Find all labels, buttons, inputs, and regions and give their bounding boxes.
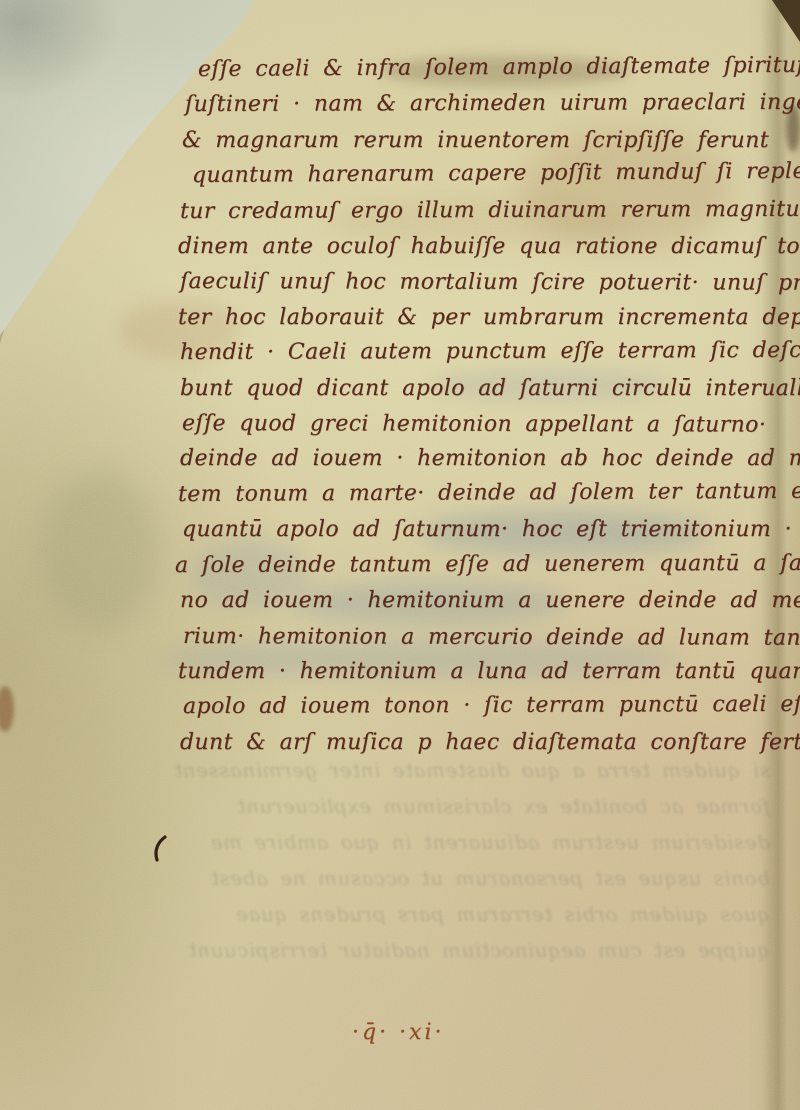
manuscript-line: ſuſtineri · nam & archimeden uirum praec… [185,85,800,123]
manuscript-page: eſſe caeli & infra ſolem amplo diaſtemat… [0,0,800,1110]
manuscript-line: rium· hemitonion a mercurio deinde ad lu… [183,619,800,656]
showthrough-line: quos quidem orbis terrarum pars prudens … [140,896,770,932]
manuscript-line: tem tonum a marte· deinde ad ſolem ter t… [178,474,800,513]
manuscript-line: tundem · hemitonium a luna ad terram tan… [178,654,800,689]
manuscript-text-block: eſſe caeli & infra ſolem amplo diaſtemat… [160,52,800,760]
ink-flourish-mark [150,834,170,864]
manuscript-line: hendit · Caeli autem punctum eſſe terram… [180,333,800,371]
left-edge-blot [0,686,14,732]
manuscript-line: ter hoc laborauit & per umbrarum increme… [178,300,800,335]
manuscript-line: dinem ante oculoſ habuiſſe qua ratione d… [178,229,800,264]
quire-mark: ·q̄· ·xi· [352,1020,445,1045]
showthrough-line: desiderium uestrum adiuuarent in quo amb… [140,824,770,860]
manuscript-line: & magnarum rerum inuentorem ſcripſiſſe f… [182,123,800,158]
showthrough-line: formae ac bonitate ex clarissimum explic… [140,788,770,824]
manuscript-line: quantū apolo ad ſaturnum· hoc eſt triemi… [182,512,800,547]
manuscript-line: ſaeculiſ unuſ hoc mortalium ſcire potuer… [180,264,800,301]
manuscript-line: bunt quod dicant apolo ad ſaturni circul… [180,371,800,406]
manuscript-line: eſſe quod greci hemitonion appellant a ſ… [182,406,800,443]
showthrough-line: si quidem terra a quo diastemate inter g… [140,752,770,788]
manuscript-line: eſſe caeli & infra ſolem amplo diaſtemat… [198,48,800,88]
manuscript-line: quantum harenarum capere poſſit munduſ ſ… [192,154,800,194]
manuscript-line: no ad iouem · hemitonium a uenere deinde… [180,583,800,618]
manuscript-line: deinde ad iouem · hemitonion ab hoc dein… [180,441,800,476]
showthrough-line: bonis usque est personarum ut occasum ne… [140,860,770,896]
manuscript-line: tur credamuſ ergo illum diuinarum rerum … [180,191,800,229]
manuscript-line: apolo ad iouem tonon · ſic terram punctū… [183,687,800,725]
verso-showthrough-block: si quidem terra a quo diastemate inter g… [140,752,770,968]
showthrough-line: quippe est cum aequinoctium nadiatur ter… [140,932,770,968]
manuscript-line: a ſole deinde tantum eſſe ad uenerem qua… [175,546,800,584]
olive-stain [40,470,160,630]
